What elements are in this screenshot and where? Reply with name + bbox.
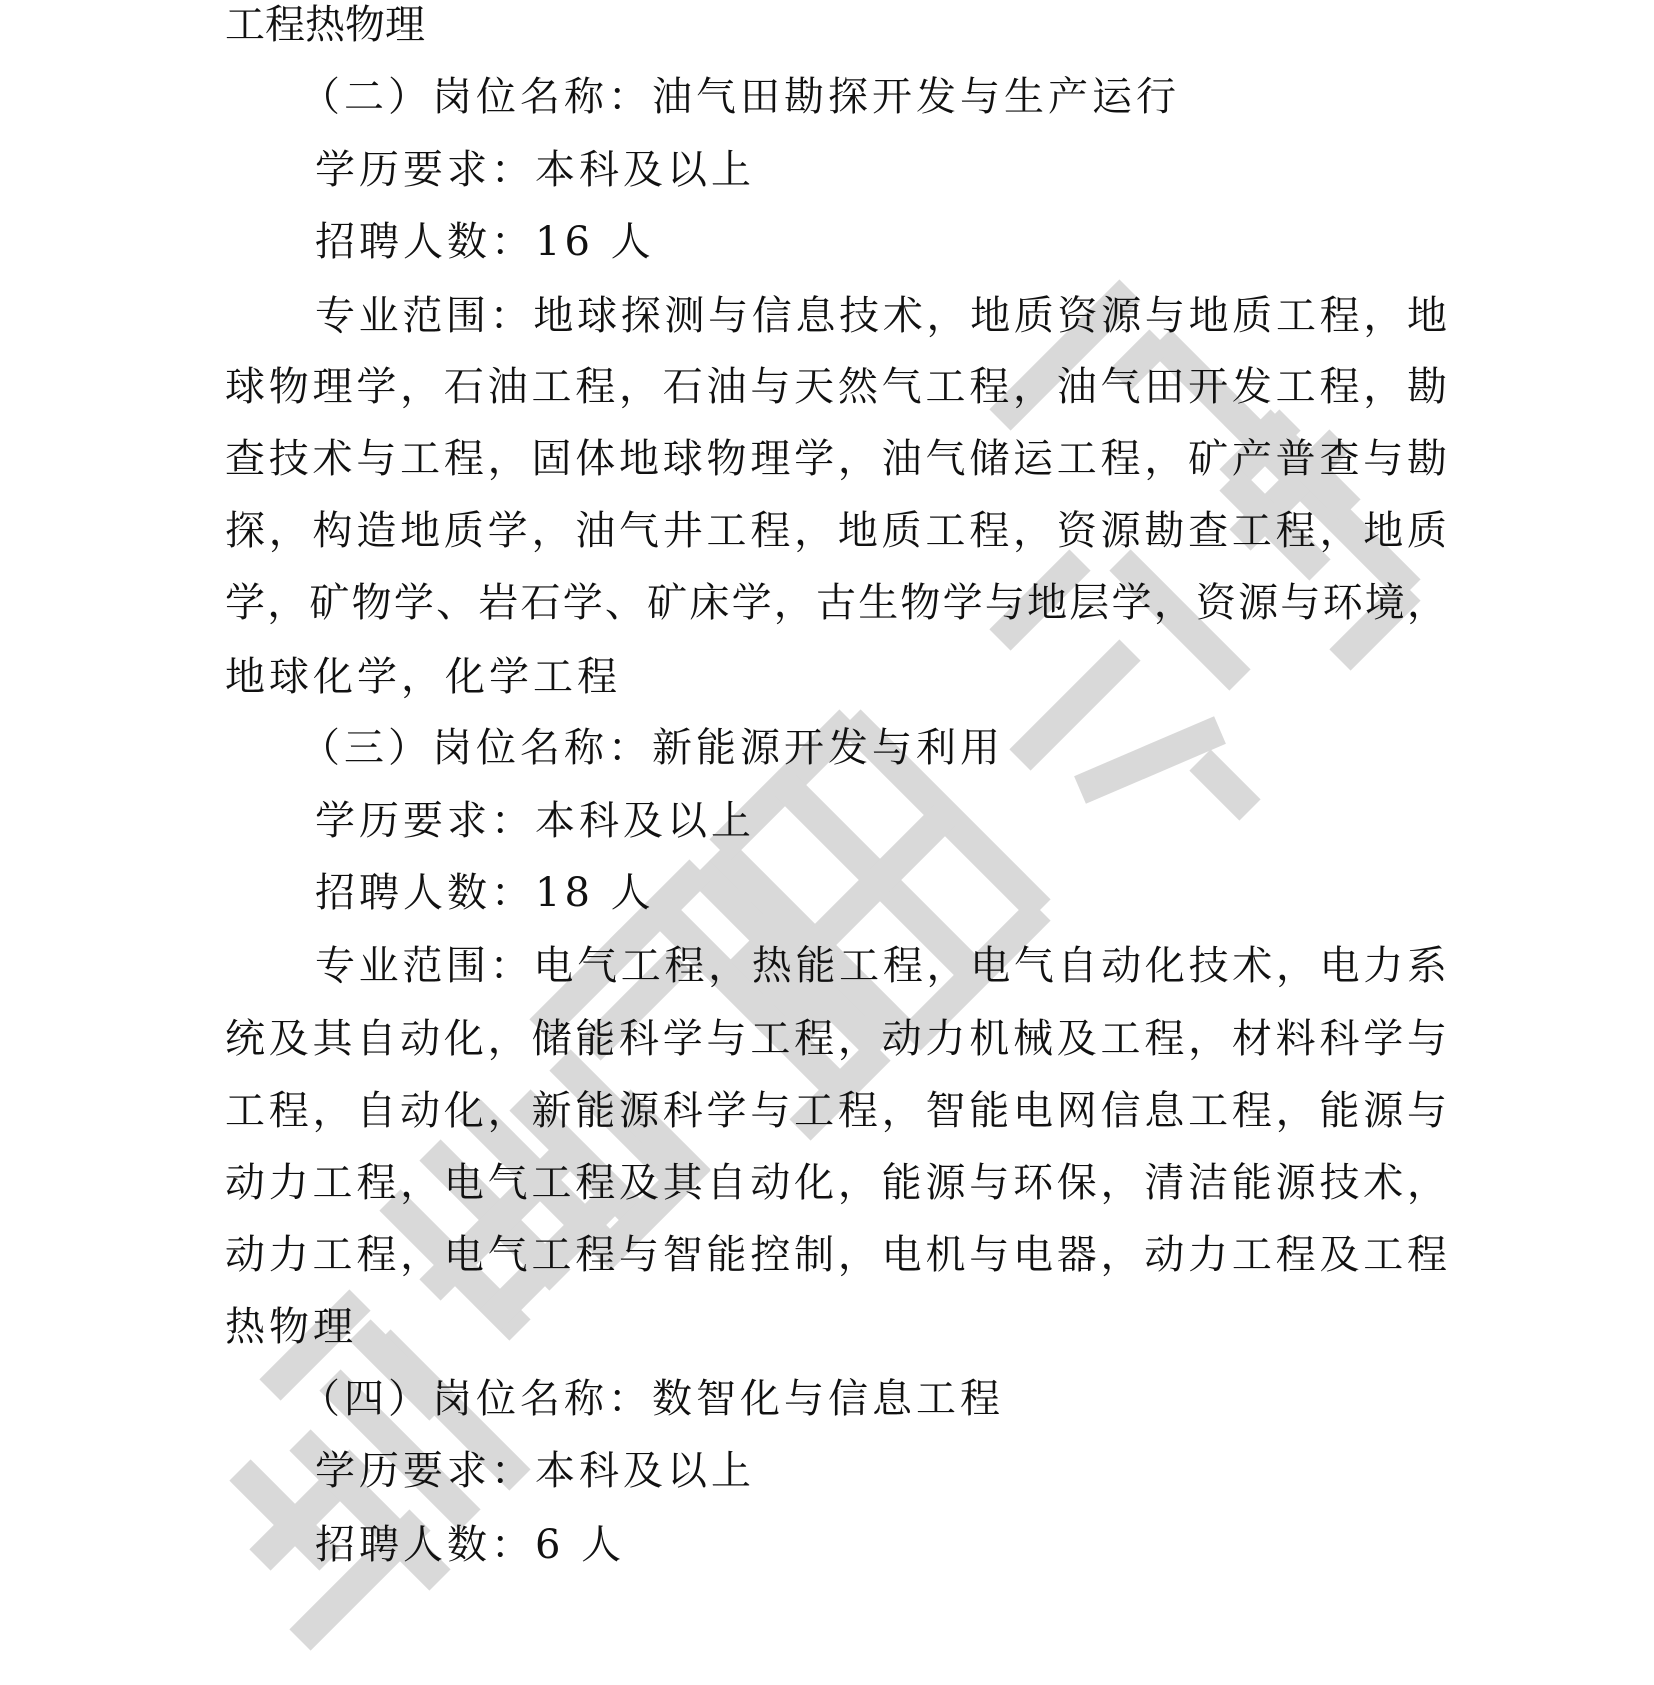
majors-3-line-3: 工程，自动化，新能源科学与工程，智能电网信息工程，能源与 [225,1086,1447,1164]
majors-2-line-5: 学，矿物学、岩石学、矿床学，古生物学与地层学，资源与环境， [225,578,1447,656]
position-heading-3: （三）岗位名称：新能源开发与利用 [300,723,1004,801]
headcount-2: 招聘人数：16 人 [315,217,655,295]
headcount-3: 招聘人数：18 人 [315,868,655,946]
majors-3-line-2: 统及其自动化，储能科学与工程，动力机械及工程，材料科学与 [225,1014,1447,1092]
education-requirement-4: 学历要求：本科及以上 [315,1446,755,1524]
majors-2-line-3: 查技术与工程，固体地球物理学，油气储运工程，矿产普查与勘 [225,434,1447,512]
majors-2-line-2: 球物理学，石油工程，石油与天然气工程，油气田开发工程，勘 [225,362,1447,440]
position-heading-2: （二）岗位名称：油气田勘探开发与生产运行 [300,72,1180,150]
majors-3-line-4: 动力工程，电气工程及其自动化，能源与环保，清洁能源技术， [225,1158,1447,1236]
education-requirement-3: 学历要求：本科及以上 [315,796,755,874]
majors-2-line-1: 专业范围：地球探测与信息技术，地质资源与地质工程，地 [315,291,1447,369]
education-requirement-2: 学历要求：本科及以上 [315,145,755,223]
position-heading-4: （四）岗位名称：数智化与信息工程 [300,1374,1004,1452]
majors-3-line-5: 动力工程，电气工程与智能控制，电机与电器，动力工程及工程 [225,1230,1447,1308]
majors-3-line-1: 专业范围：电气工程，热能工程，电气自动化技术，电力系 [315,941,1447,1019]
headcount-4: 招聘人数：6 人 [315,1520,625,1598]
text-line-majors-continuation: 工程热物理 [225,0,425,78]
majors-3-line-6: 热物理 [225,1302,357,1380]
majors-2-line-6: 地球化学，化学工程 [225,652,621,730]
majors-2-line-4: 探，构造地质学，油气井工程，地质工程，资源勘查工程，地质 [225,506,1447,584]
